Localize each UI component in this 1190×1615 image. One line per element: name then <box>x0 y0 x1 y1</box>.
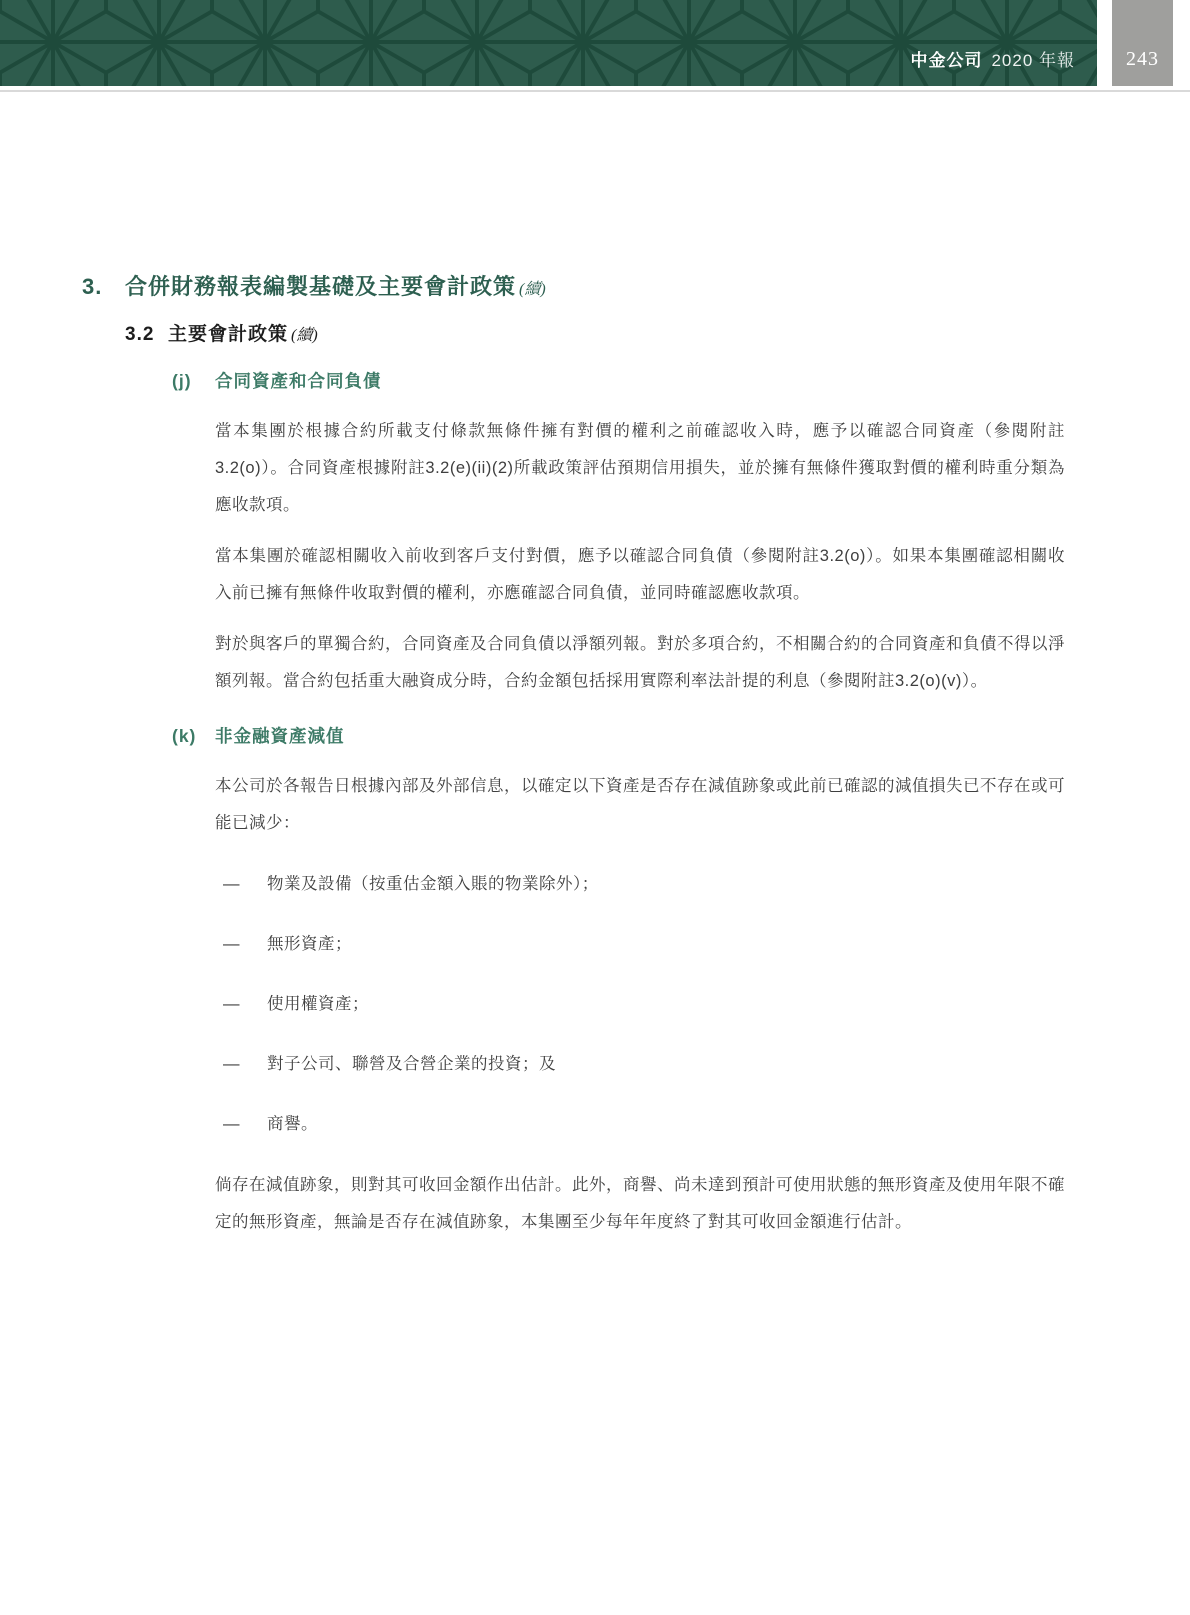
bullet-dash: — <box>215 866 267 903</box>
impairment-asset-list: — 物業及設備（按重估金額入賬的物業除外）； — 無形資產； — 使用權資產； … <box>0 866 1190 1143</box>
item-k-title: 非金融資產減值 <box>215 724 345 748</box>
list-item-text: 物業及設備（按重估金額入賬的物業除外）； <box>267 866 599 903</box>
asanoha-hemp-leaf-pattern-icon <box>0 0 1097 86</box>
item-k-label: (k) <box>172 724 215 748</box>
item-j-paragraph-2: 當本集團於確認相關收入前收到客戶支付對價，應予以確認合同負債（參閱附註3.2(o… <box>215 538 1065 612</box>
page-number-box: 243 <box>1112 0 1173 86</box>
list-item-text: 無形資產； <box>267 926 352 963</box>
list-item-text: 使用權資產； <box>267 986 369 1023</box>
bullet-dash: — <box>215 926 267 963</box>
list-item: — 物業及設備（按重估金額入賬的物業除外）； <box>215 866 1065 903</box>
list-item: — 商譽。 <box>215 1106 1065 1143</box>
report-edition: 2020 年報 <box>991 46 1075 71</box>
section-title: 合併財務報表編製基礎及主要會計政策(續) <box>125 272 546 305</box>
list-item-text: 商譽。 <box>267 1106 318 1143</box>
section-continued: (續) <box>519 281 546 298</box>
bullet-dash: — <box>215 1046 267 1083</box>
header-title: 中金公司 2020 年報 <box>910 46 1075 71</box>
item-j-title: 合同資產和合同負債 <box>215 369 382 393</box>
subsection-heading: 3.2 主要會計政策(續) <box>125 321 1190 349</box>
bullet-dash: — <box>215 986 267 1023</box>
item-j-paragraph-3: 對於與客戶的單獨合約，合同資產及合同負債以淨額列報。對於多項合約，不相關合約的合… <box>215 626 1065 700</box>
subsection-number: 3.2 <box>125 321 168 348</box>
report-page: 中金公司 2020 年報 243 3. 合併財務報表編製基礎及主要會計政策(續)… <box>0 0 1190 1615</box>
item-k-heading: (k) 非金融資產減值 <box>172 724 1190 748</box>
subsection-title: 主要會計政策(續) <box>168 321 318 349</box>
item-k-closing-paragraph: 倘存在減值跡象，則對其可收回金額作出估計。此外，商譽、尚未達到預計可使用狀態的無… <box>215 1167 1065 1241</box>
company-name: 中金公司 <box>910 46 982 71</box>
bullet-dash: — <box>215 1106 267 1143</box>
section-number: 3. <box>82 272 125 302</box>
subsection-continued: (續) <box>291 327 318 344</box>
section-heading: 3. 合併財務報表編製基礎及主要會計政策(續) <box>82 272 1190 305</box>
item-j-label: (j) <box>172 369 215 393</box>
item-k-intro-paragraph: 本公司於各報告日根據內部及外部信息，以確定以下資產是否存在減值跡象或此前已確認的… <box>215 768 1065 842</box>
item-j-paragraph-1: 當本集團於根據合約所載支付條款無條件擁有對價的權利之前確認收入時，應予以確認合同… <box>215 413 1065 524</box>
page-number: 243 <box>1126 48 1159 86</box>
header-banner: 中金公司 2020 年報 <box>0 0 1097 86</box>
list-item: — 使用權資產； <box>215 986 1065 1023</box>
list-item: — 無形資產； <box>215 926 1065 963</box>
list-item: — 對子公司、聯營及合營企業的投資；及 <box>215 1046 1065 1083</box>
list-item-text: 對子公司、聯營及合營企業的投資；及 <box>267 1046 556 1083</box>
item-j-heading: (j) 合同資產和合同負債 <box>172 369 1190 393</box>
page-content: 3. 合併財務報表編製基礎及主要會計政策(續) 3.2 主要會計政策(續) (j… <box>0 92 1190 1241</box>
